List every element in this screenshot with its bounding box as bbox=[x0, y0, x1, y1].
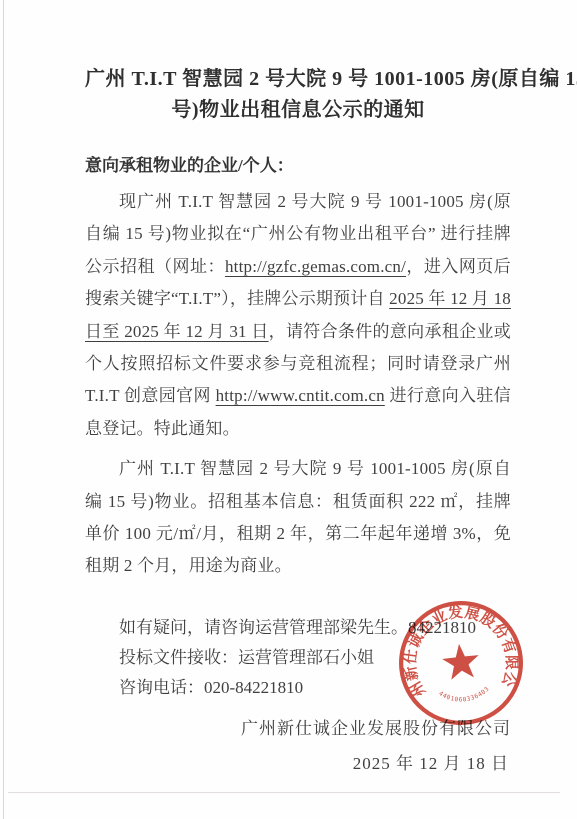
para1-link-cntit[interactable]: http://www.cntit.com.cn bbox=[216, 386, 385, 405]
page-scan-left-edge bbox=[3, 0, 4, 819]
notice-title-line-1: 广州 T.I.T 智慧园 2 号大院 9 号 1001-1005 房(原自编 1… bbox=[85, 64, 511, 95]
notice-paragraph-2: 广州 T.I.T 智慧园 2 号大院 9 号 1001-1005 房(原自编 1… bbox=[85, 453, 511, 583]
contact-line-bid-docs: 投标文件接收：运营管理部石小姐 bbox=[85, 643, 511, 673]
scanned-notice-page: 广州 T.I.T 智慧园 2 号大院 9 号 1001-1005 房(原自编 1… bbox=[0, 0, 577, 819]
signature-date: 2025 年 12 月 18 日 bbox=[85, 753, 511, 775]
contact-line-inquiry: 如有疑问，请咨询运营管理部梁先生。84221810 bbox=[85, 613, 511, 643]
signature-block: 广州新仕诚企业发展股份有限公司 2025 年 12 月 18 日 bbox=[85, 718, 511, 775]
notice-content: 广州 T.I.T 智慧园 2 号大院 9 号 1001-1005 房(原自编 1… bbox=[85, 64, 511, 775]
contact-block: 如有疑问，请咨询运营管理部梁先生。84221810 投标文件接收：运营管理部石小… bbox=[85, 613, 511, 703]
page-scan-bottom-edge bbox=[8, 792, 560, 793]
notice-paragraph-1: 现广州 T.I.T 智慧园 2 号大院 9 号 1001-1005 房(原自编 … bbox=[85, 186, 511, 445]
notice-salutation: 意向承租物业的企业/个人： bbox=[85, 154, 511, 178]
signature-company-name: 广州新仕诚企业发展股份有限公司 bbox=[85, 718, 511, 740]
notice-title: 广州 T.I.T 智慧园 2 号大院 9 号 1001-1005 房(原自编 1… bbox=[85, 64, 511, 126]
notice-title-line-2: 号)物业出租信息公示的通知 bbox=[85, 95, 511, 126]
contact-line-phone: 咨询电话：020-84221810 bbox=[85, 673, 511, 703]
para1-link-gzfc[interactable]: http://gzfc.gemas.com.cn/ bbox=[225, 257, 406, 276]
